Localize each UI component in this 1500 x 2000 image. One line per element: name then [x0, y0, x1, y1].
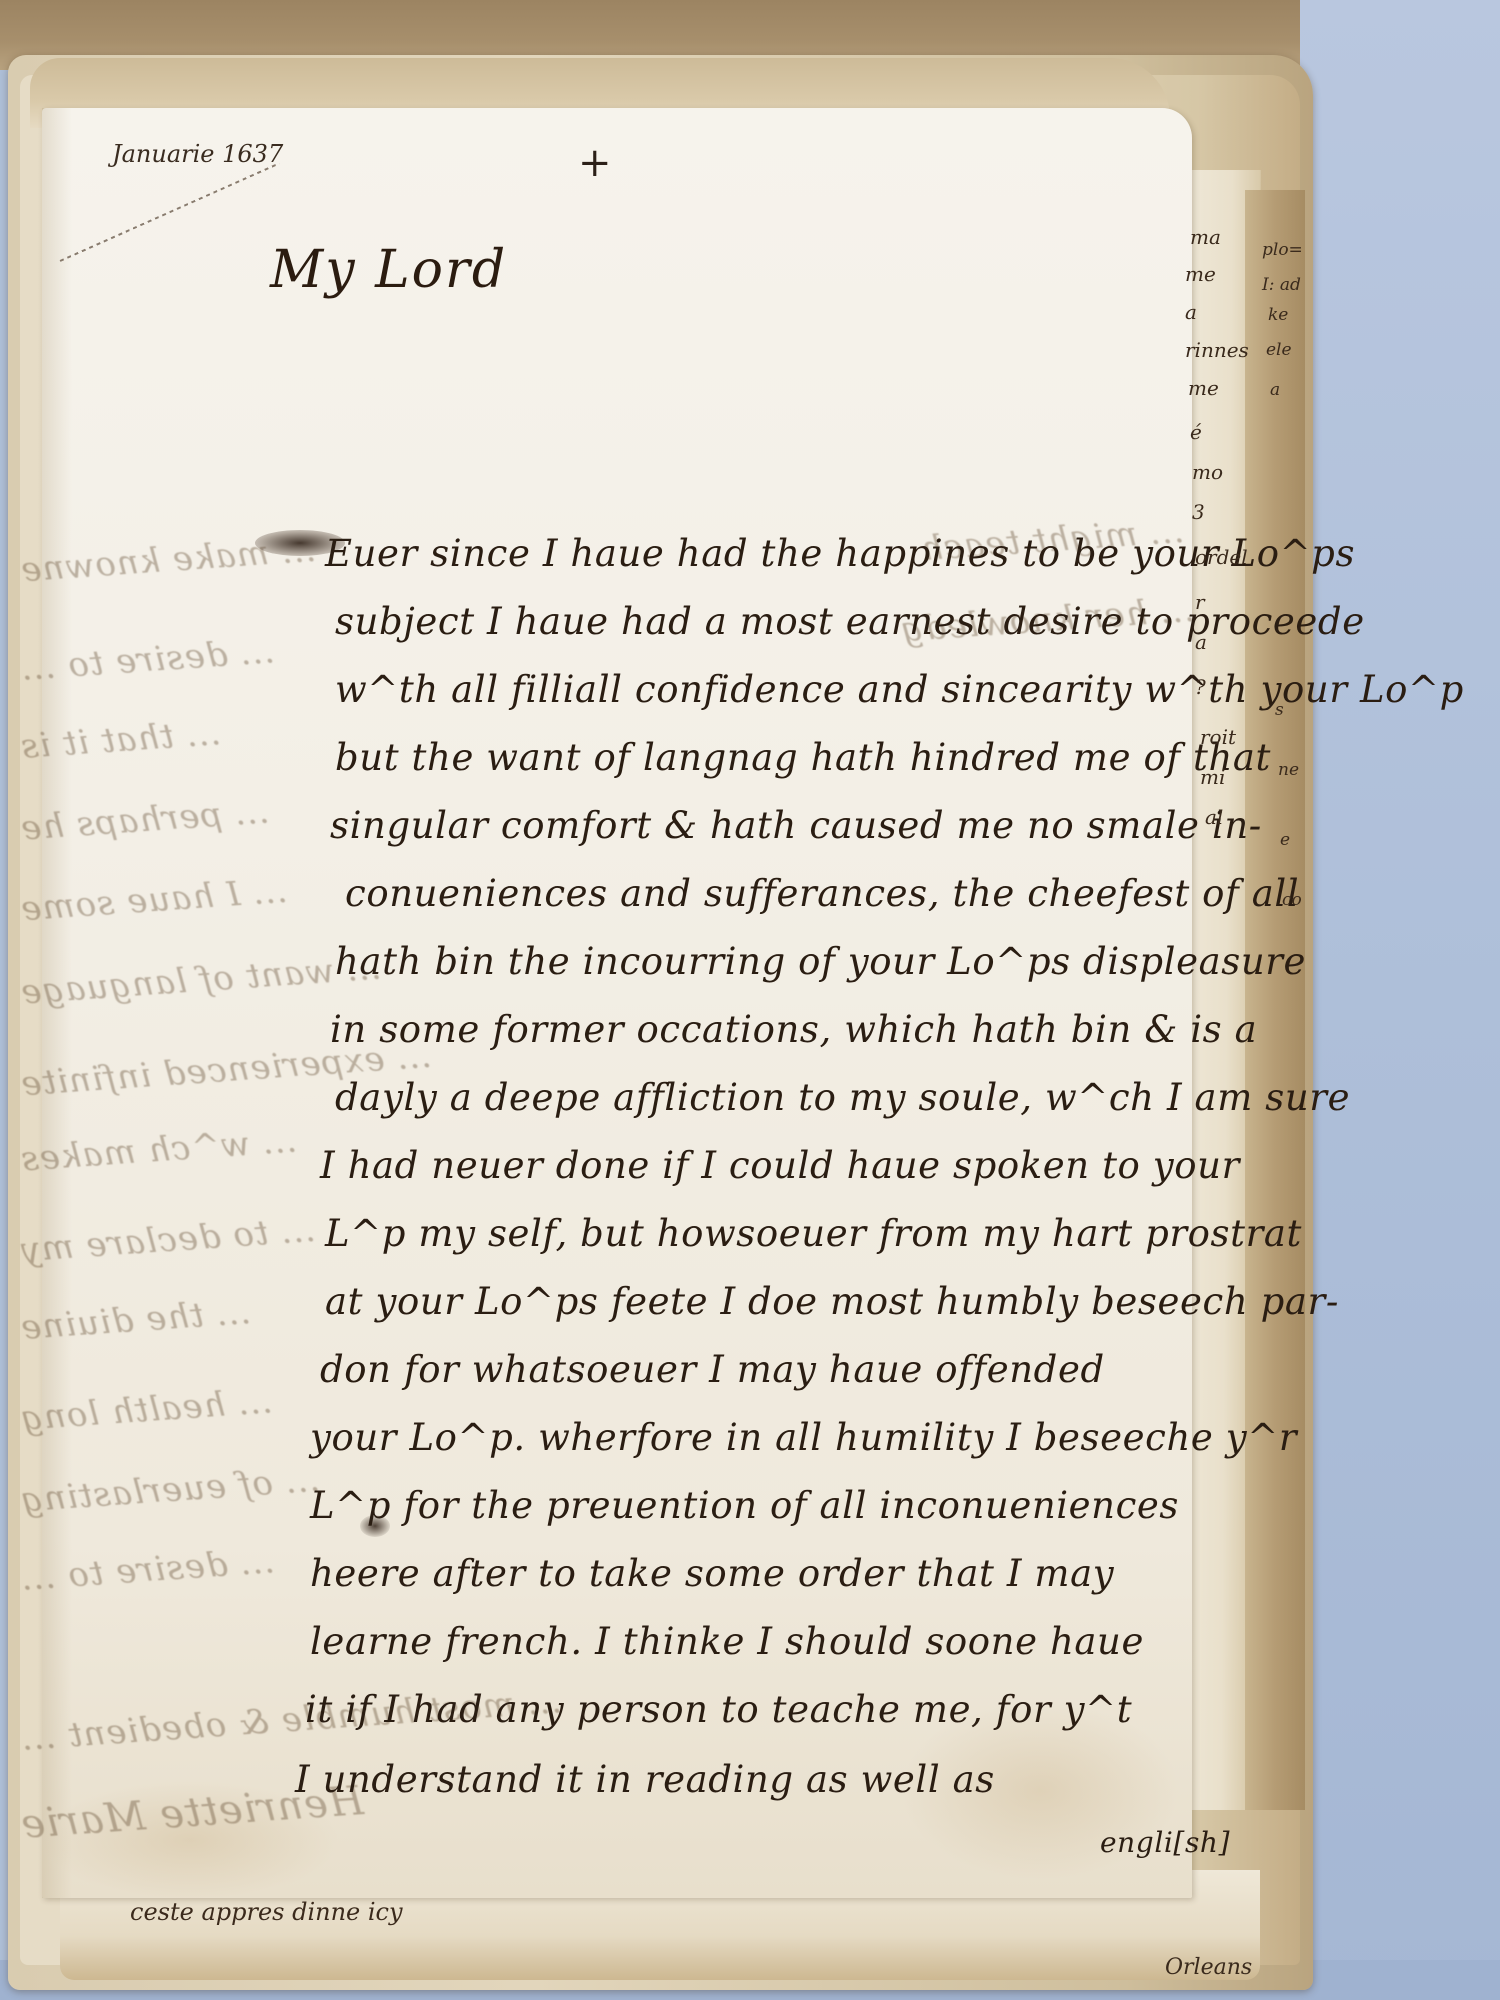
margin-fragment: a: [1185, 300, 1197, 324]
letter-line-13: don for whatsoeuer I may haue offended: [320, 1348, 1105, 1391]
margin-fragment: me: [1188, 376, 1219, 400]
margin-fragment: a: [1195, 630, 1207, 654]
letter-line-9: dayly a deepe affliction to my soule, w^…: [335, 1076, 1350, 1119]
letter-line-7: hath bin the incourring of your Lo^ps di…: [335, 940, 1306, 983]
far-right-fragment: ne: [1278, 760, 1299, 780]
letter-line-15: L^p for the preuention of all inconuenie…: [310, 1484, 1179, 1527]
letter-line-3: w^th all filliall confidence and sincear…: [335, 668, 1464, 711]
salutation: My Lord: [270, 240, 507, 300]
margin-fragment: me: [1185, 262, 1216, 286]
margin-fragment: ma: [1190, 225, 1221, 249]
letter-line-16: heere after to take some order that I ma…: [310, 1552, 1114, 1595]
letter-line-20-continuation: engli[sh]: [1100, 1826, 1230, 1859]
far-right-fragment: e: [1280, 830, 1290, 850]
far-right-fragment: I: ad: [1262, 275, 1301, 295]
bottom-annotation: ceste appres dinne icy: [130, 1898, 403, 1926]
far-right-fragment: ele: [1266, 340, 1292, 360]
far-right-fragment: co: [1282, 890, 1302, 910]
letter-line-10: I had neuer done if I could haue spoken …: [320, 1144, 1240, 1187]
margin-fragment: 3: [1192, 500, 1205, 524]
margin-fragment: ordel: [1195, 545, 1248, 569]
far-right-fragment: a: [1270, 380, 1280, 400]
letter-line-6: conueniences and sufferances, the cheefe…: [345, 872, 1299, 915]
letter-line-11: L^p my self, but howsoeuer from my hart …: [325, 1212, 1302, 1255]
margin-fragment: mo: [1192, 460, 1223, 484]
letter-line-17: learne french. I thinke I should soone h…: [310, 1620, 1144, 1663]
letter-line-18: it if I had any person to teache me, for…: [305, 1688, 1132, 1731]
blue-background: [1300, 0, 1500, 2000]
letter-line-14: your Lo^p. wherfore in all humility I be…: [310, 1416, 1297, 1459]
letter-line-4: but the want of langnag hath hindred me …: [335, 736, 1271, 779]
margin-fragment: roit: [1200, 725, 1236, 749]
underlying-page-far-right: [1245, 190, 1305, 1810]
letter-line-8: in some former occations, which hath bin…: [330, 1008, 1257, 1051]
margin-fragment: r: [1195, 590, 1205, 614]
margin-fragment: é: [1190, 420, 1202, 444]
cross-mark: +: [578, 140, 612, 186]
bottom-right-fragment: Orleans: [1165, 1955, 1252, 1980]
far-right-fragment: plo=: [1262, 240, 1303, 260]
letter-line-12: at your Lo^ps feete I doe most humbly be…: [325, 1280, 1339, 1323]
margin-fragment: mi: [1200, 765, 1225, 789]
far-right-fragment: ke: [1268, 305, 1288, 325]
margin-fragment: ?: [1195, 675, 1206, 699]
letter-line-19: I understand it in reading as well as: [295, 1758, 995, 1801]
date-annotation: Januarie 1637: [112, 140, 283, 168]
margin-fragment: al: [1205, 805, 1223, 829]
letter-line-5: singular comfort & hath caused me no sma…: [330, 804, 1262, 847]
letter-line-2: subject I haue had a most earnest desire…: [335, 600, 1365, 643]
far-right-fragment: s: [1275, 700, 1284, 720]
margin-fragment: rinnes: [1185, 338, 1249, 362]
